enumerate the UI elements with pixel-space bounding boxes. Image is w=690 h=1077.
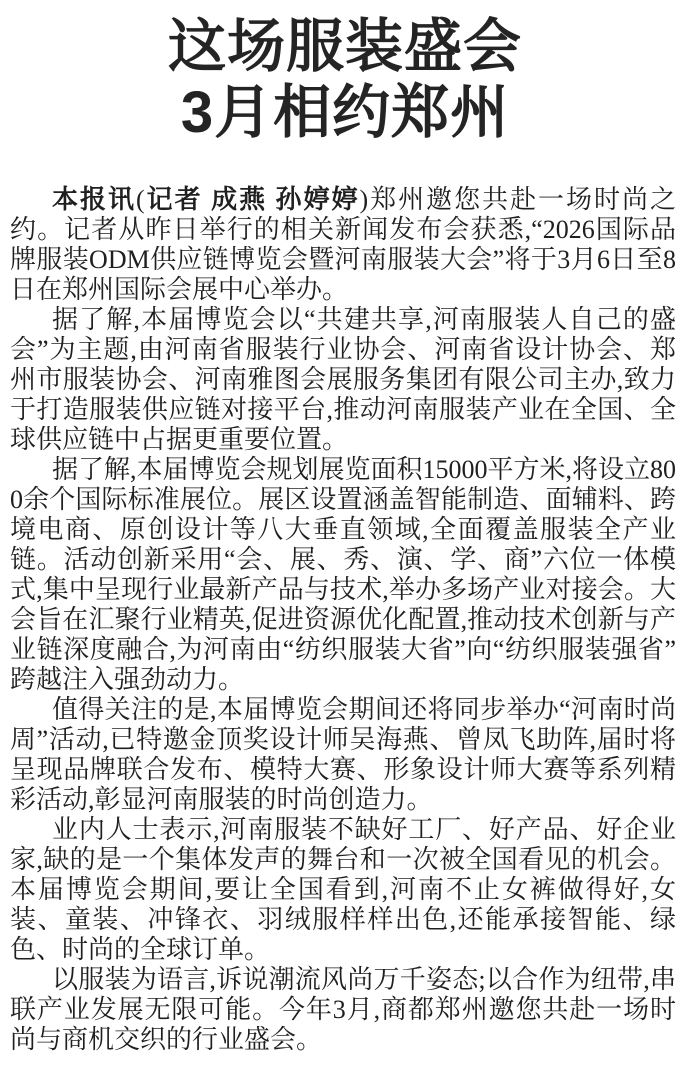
article-headline: 这场服装盛会 3月相约郑州: [0, 14, 690, 146]
paragraph-text: 据了解,本届博览会以“共建共享,河南服装人自己的盛会”为主题,由河南省服装行业协…: [10, 305, 676, 454]
paragraph-text: (: [136, 185, 145, 214]
paragraph-text: 据了解,本届博览会规划展览面积15000平方米,将设立800余个国际标准展位。展…: [10, 455, 676, 694]
headline-line-2: 3月相约郑州: [0, 80, 690, 146]
paragraph-text-bold: 记者 成燕 孙婷婷: [145, 185, 360, 214]
article-paragraph: 据了解,本届博览会规划展览面积15000平方米,将设立800余个国际标准展位。展…: [10, 455, 676, 695]
paragraph-text: 以服装为语言,诉说潮流风尚万千姿态;以合作为纽带,串联产业发展无限可能。今年3月…: [10, 965, 676, 1054]
headline-line-1: 这场服装盛会: [0, 14, 690, 80]
article-paragraph: 本报讯(记者 成燕 孙婷婷)郑州邀您共赴一场时尚之约。记者从昨日举行的相关新闻发…: [10, 185, 676, 305]
article-paragraph: 值得关注的是,本届博览会期间还将同步举办“河南时尚周”活动,已特邀金顶奖设计师吴…: [10, 695, 676, 815]
article-paragraph: 以服装为语言,诉说潮流风尚万千姿态;以合作为纽带,串联产业发展无限可能。今年3月…: [10, 965, 676, 1055]
article-paragraph: 业内人士表示,河南服装不缺好工厂、好产品、好企业家,缺的是一个集体发声的舞台和一…: [10, 815, 676, 965]
paragraph-text: 业内人士表示,河南服装不缺好工厂、好产品、好企业家,缺的是一个集体发声的舞台和一…: [10, 815, 676, 964]
paragraph-text: 值得关注的是,本届博览会期间还将同步举办“河南时尚周”活动,已特邀金顶奖设计师吴…: [10, 695, 676, 814]
paragraph-text-bold: 本报讯: [52, 185, 136, 214]
article-body: 本报讯(记者 成燕 孙婷婷)郑州邀您共赴一场时尚之约。记者从昨日举行的相关新闻发…: [0, 185, 690, 1055]
article-paragraph: 据了解,本届博览会以“共建共享,河南服装人自己的盛会”为主题,由河南省服装行业协…: [10, 305, 676, 455]
newspaper-article-page: 这场服装盛会 3月相约郑州 本报讯(记者 成燕 孙婷婷)郑州邀您共赴一场时尚之约…: [0, 0, 690, 1077]
